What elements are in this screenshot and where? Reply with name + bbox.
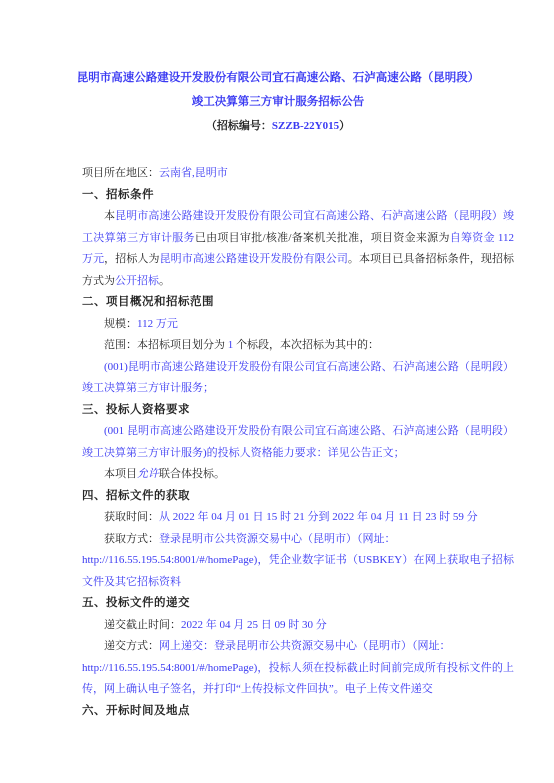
text-run: 递交截止时间： [104,619,181,631]
text-run: （招标编号： [206,120,272,132]
tender-number-line: （招标编号：SZZB-22Y015） [42,114,514,138]
section-1-paragraph: 本昆明市高速公路建设开发股份有限公司宜石高速公路、石泸高速公路（昆明段）竣工决算… [82,206,514,292]
scale-line: 规模：112 万元 [82,314,514,336]
text-run: 112 万元 [137,318,178,330]
text-run: 公开招标 [115,275,159,287]
text-run: (001)昆明市高速公路建设开发股份有限公司宜石高速公路、石泸高速公路（昆明段）… [82,361,514,395]
text-run: 项目所在地区： [82,167,159,179]
text-run: 范围：本招标项目划分为 [104,339,228,351]
text-run: 获取方式： [104,533,159,545]
text-run: (001 昆明市高速公路建设开发股份有限公司宜石高速公路、石泸高速公路（昆明段）… [82,425,514,459]
submit-method-continuation: http://116.55.195.54:8001/#/homePage)，投标… [82,658,514,701]
text-run: 个标段，本次招标为其中的： [233,339,379,351]
obtain-method-line: 获取方式：登录昆明市公共资源交易中心（昆明市）（网址： [82,529,514,551]
document-title-block: 昆明市高速公路建设开发股份有限公司宜石高速公路、石泸高速公路（昆明段） 竣工决算… [42,66,514,138]
text-run: 递交方式： [104,640,159,652]
document-title-line-1: 昆明市高速公路建设开发股份有限公司宜石高速公路、石泸高速公路（昆明段） [42,66,514,90]
consortium-line: 本项目允许联合体投标。 [82,464,514,486]
obtain-method-continuation: http://116.55.195.54:8001/#/homePage)，凭企… [82,550,514,593]
section-4-heading: 四、招标文件的获取 [82,486,514,508]
document-page: 昆明市高速公路建设开发股份有限公司宜石高速公路、石泸高速公路（昆明段） 竣工决算… [0,0,554,783]
scope-line: 范围：本招标项目划分为 1 个标段，本次招标为其中的： [82,335,514,357]
text-run: 云南省,昆明市 [159,167,228,179]
lot-description-paragraph: (001)昆明市高速公路建设开发股份有限公司宜石高速公路、石泸高速公路（昆明段）… [82,357,514,400]
text-run: 本 [104,210,115,222]
text-run: http://116.55.195.54:8001/#/homePage)，投标… [82,662,514,696]
text-run: 昆明市高速公路建设开发股份有限公司 [160,253,348,265]
section-3-heading: 三、投标人资格要求 [82,400,514,422]
text-run: 联合体投标。 [159,468,225,480]
section-1-heading: 一、招标条件 [82,185,514,207]
text-run: 已由项目审批/核准/备案机关批准，项目资金来源为 [195,232,450,244]
project-location-line: 项目所在地区：云南省,昆明市 [82,163,514,185]
obtain-time-line: 获取时间：从 2022 年 04 月 01 日 15 时 21 分到 2022 … [82,507,514,529]
qualification-paragraph: (001 昆明市高速公路建设开发股份有限公司宜石高速公路、石泸高速公路（昆明段）… [82,421,514,464]
text-run: 规模： [104,318,137,330]
document-title-line-2: 竣工决算第三方审计服务招标公告 [42,90,514,114]
section-2-heading: 二、项目概况和招标范围 [82,292,514,314]
text-run: 从 2022 年 04 月 01 日 15 时 21 分到 2022 年 04 … [159,511,478,523]
text-run: 2022 年 04 月 25 日 09 时 30 分 [181,619,327,631]
text-run: 获取时间： [104,511,159,523]
text-run: 网上递交：登录昆明市公共资源交易中心（昆明市）（网址： [159,640,451,652]
submit-method-line: 递交方式：网上递交：登录昆明市公共资源交易中心（昆明市）（网址： [82,636,514,658]
text-run: http://116.55.195.54:8001/#/homePage)，凭企… [82,554,514,588]
text-run: 允许 [137,468,159,480]
section-6-heading: 六、开标时间及地点 [82,701,514,723]
text-run: 。 [159,275,170,287]
text-run: 登录昆明市公共资源交易中心（昆明市）（网址： [159,533,396,545]
submit-deadline-line: 递交截止时间：2022 年 04 月 25 日 09 时 30 分 [82,615,514,637]
text-run: ） [339,120,350,132]
text-run: 本项目 [104,468,137,480]
section-5-heading: 五、投标文件的递交 [82,593,514,615]
text-run: ，招标人为 [104,253,159,265]
text-run: SZZB-22Y015 [272,120,339,132]
